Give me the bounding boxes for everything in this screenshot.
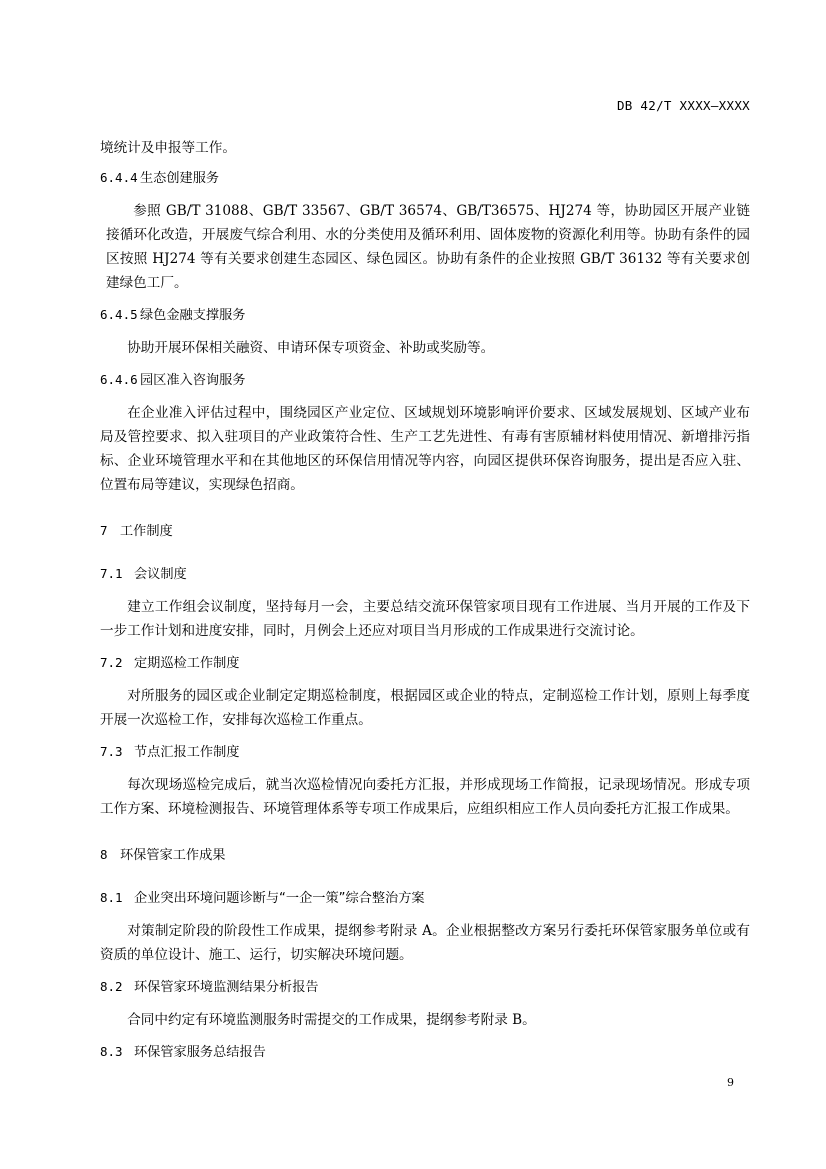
section-number: 7.3 [100,742,134,762]
document-page: DB 42/T XXXX—XXXX 境统计及申报等工作。 6.4.4 生态创建服… [0,0,826,1169]
section-heading-6-4-4: 6.4.4 生态创建服务 [100,168,750,189]
section-number: 7.1 [100,564,134,584]
section-title: 环保管家服务总结报告 [134,1043,266,1063]
section-heading-8-3: 8.3 环保管家服务总结报告 [100,1042,750,1063]
section-title: 生态创建服务 [140,169,219,189]
chapter-heading-7: 7 工作制度 [100,521,750,542]
section-heading-6-4-6: 6.4.6 园区准入咨询服务 [100,370,750,391]
section-number: 8.3 [100,1042,134,1062]
section-paragraph-6-4-5: 协助开展环保相关融资、申请环保专项资金、补助或奖励等。 [100,336,750,360]
section-heading-8-1: 8.1 企业突出环境问题诊断与“一企一策”综合整治方案 [100,888,750,909]
page-number: 9 [727,1076,734,1089]
section-heading-7-2: 7.2 定期巡检工作制度 [100,653,750,674]
standard-code-header: DB 42/T XXXX—XXXX [617,98,750,113]
section-title: 绿色金融支撑服务 [140,306,246,326]
section-paragraph-7-1: 建立工作组会议制度，坚持每月一会，主要总结交流环保管家项目现有工作进展、当月开展… [100,595,750,643]
section-title: 会议制度 [134,565,187,585]
section-number: 6.4.5 [100,305,140,325]
section-paragraph-8-1: 对策制定阶段的阶段性工作成果，提纲参考附录 A。企业根据整改方案另行委托环保管家… [100,919,750,967]
section-number: 8.2 [100,977,134,997]
section-paragraph-6-4-6: 在企业准入评估过程中，围绕园区产业定位、区域规划环境影响评价要求、区域发展规划、… [100,401,750,497]
section-number: 6.4.6 [100,370,140,390]
section-title: 定期巡检工作制度 [134,654,240,674]
section-heading-7-3: 7.3 节点汇报工作制度 [100,742,750,763]
section-title: 节点汇报工作制度 [134,743,240,763]
section-number: 6.4.4 [100,168,140,188]
chapter-title: 工作制度 [120,522,173,542]
section-title: 园区准入咨询服务 [140,371,246,391]
section-title: 环保管家环境监测结果分析报告 [134,978,319,998]
section-number: 7.2 [100,653,134,673]
chapter-number: 7 [100,521,120,541]
section-paragraph-8-2: 合同中约定有环境监测服务时需提交的工作成果，提纲参考附录 B。 [100,1008,750,1032]
page-content: 境统计及申报等工作。 6.4.4 生态创建服务 参照 GB/T 31088、GB… [100,136,750,1063]
section-heading-7-1: 7.1 会议制度 [100,564,750,585]
section-paragraph-7-2: 对所服务的园区或企业制定定期巡检制度，根据园区或企业的特点，定制巡检工作计划，原… [100,684,750,732]
chapter-heading-8: 8 环保管家工作成果 [100,845,750,866]
section-heading-8-2: 8.2 环保管家环境监测结果分析报告 [100,977,750,998]
chapter-title: 环保管家工作成果 [120,846,226,866]
section-paragraph-7-3: 每次现场巡检完成后，就当次巡检情况向委托方汇报，并形成现场工作简报，记录现场情况… [100,773,750,821]
continuation-text: 境统计及申报等工作。 [100,136,750,160]
section-paragraph-6-4-4: 参照 GB/T 31088、GB/T 33567、GB/T 36574、GB/T… [106,199,750,295]
chapter-number: 8 [100,845,120,865]
section-title: 企业突出环境问题诊断与“一企一策”综合整治方案 [134,889,425,909]
section-heading-6-4-5: 6.4.5 绿色金融支撑服务 [100,305,750,326]
section-number: 8.1 [100,888,134,908]
